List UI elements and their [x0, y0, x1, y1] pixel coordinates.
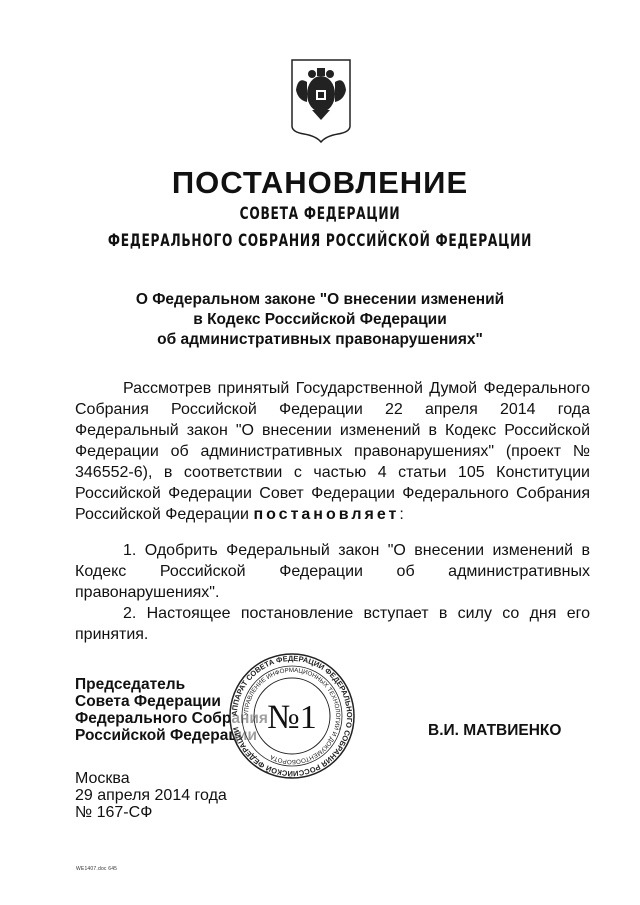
document-number: № 167-СФ — [75, 804, 227, 821]
official-stamp-icon: АППАРАТ СОВЕТА ФЕДЕРАЦИИ ФЕДЕРАЛЬНОГО СО… — [228, 652, 356, 780]
resolution-item-1: 1. Одобрить Федеральный закон "О внесени… — [75, 540, 590, 603]
resolution-heading: О Федеральном законе "О внесении изменен… — [0, 290, 640, 350]
decree-word: постановляет — [253, 506, 399, 523]
preamble-text: Рассмотрев принятый Государственной Думо… — [75, 380, 590, 523]
footer-code: WE1407.doc 645 — [76, 866, 117, 872]
resolution-items: 1. Одобрить Федеральный закон "О внесени… — [75, 540, 590, 645]
decree-suffix: : — [399, 506, 403, 523]
resolution-item-2: 2. Настоящее постановление вступает в си… — [75, 603, 590, 645]
preamble-paragraph: Рассмотрев принятый Государственной Думо… — [75, 378, 590, 525]
coat-of-arms-icon — [288, 56, 354, 144]
heading-line-1: О Федеральном законе "О внесении изменен… — [0, 290, 640, 310]
document-subtitle-2: ФЕДЕРАЛЬНОГО СОБРАНИЯ РОССИЙСКОЙ ФЕДЕРАЦ… — [90, 230, 551, 252]
place-and-date: Москва 29 апреля 2014 года № 167-СФ — [75, 770, 227, 821]
date: 29 апреля 2014 года — [75, 787, 227, 804]
signer-name: В.И. МАТВИЕНКО — [428, 722, 561, 740]
stamp-number: №1 — [267, 699, 316, 736]
city: Москва — [75, 770, 227, 787]
heading-line-3: об административных правонарушениях" — [0, 330, 640, 350]
heading-line-2: в Кодекс Российской Федерации — [0, 310, 640, 330]
document-subtitle-1: СОВЕТА ФЕДЕРАЦИИ — [90, 203, 551, 225]
document-title: ПОСТАНОВЛЕНИЕ — [0, 166, 640, 200]
